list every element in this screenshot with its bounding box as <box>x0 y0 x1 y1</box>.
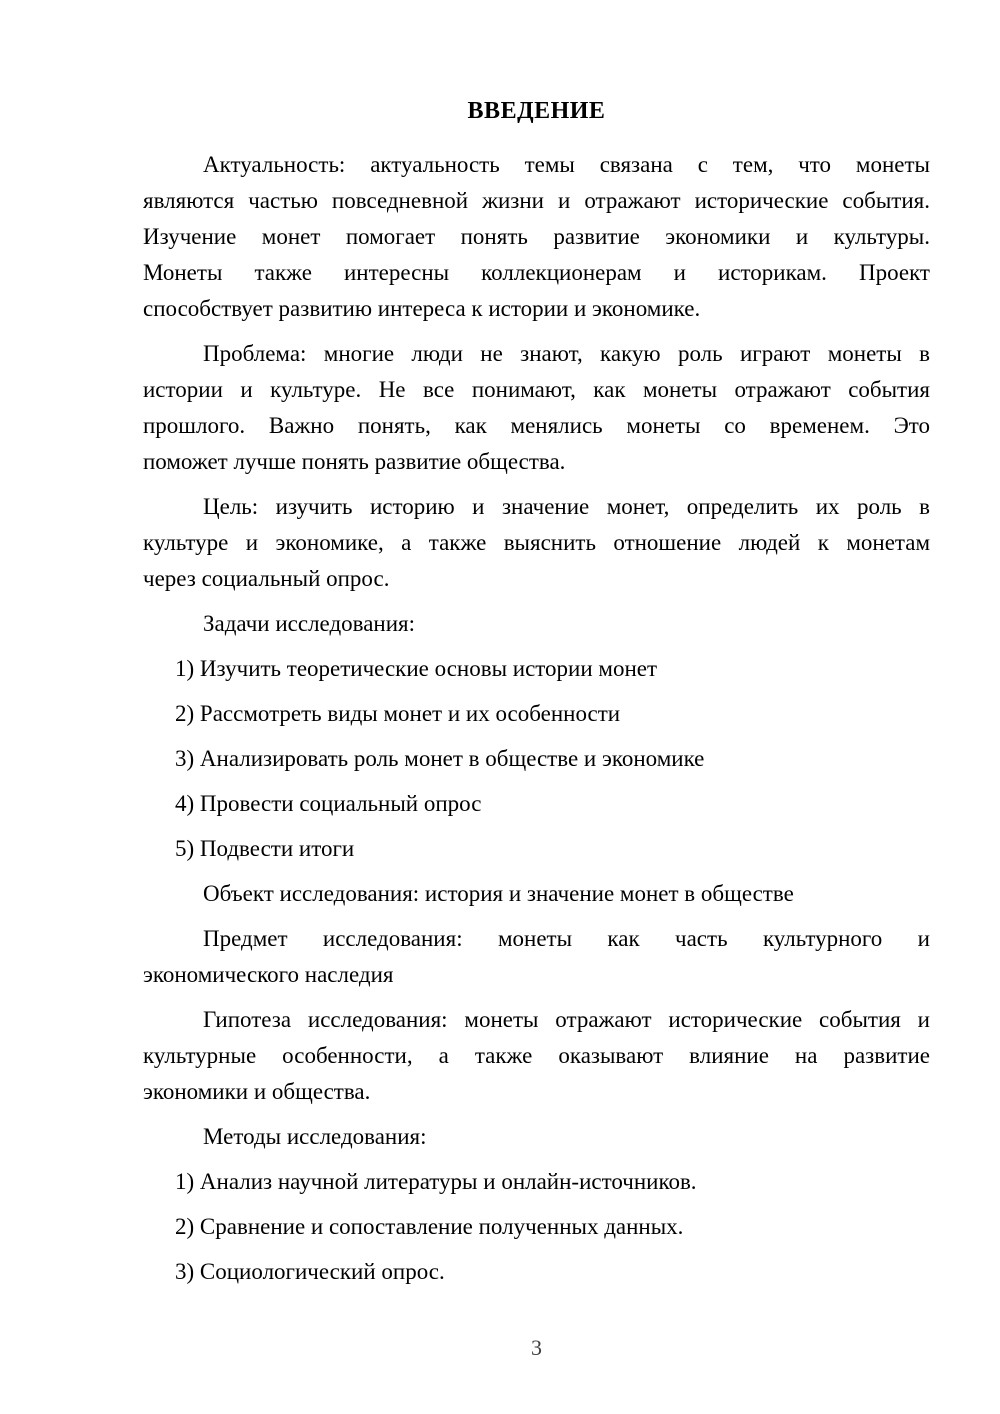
text-line: прошлого. Важно понять, как менялись мон… <box>143 408 930 444</box>
paragraph-problem: Проблема: многие люди не знают, какую ро… <box>143 336 930 480</box>
document-page: ВВЕДЕНИЕ Актуальность: актуальность темы… <box>0 0 1000 1414</box>
paragraph-hypothesis: Гипотеза исследования: монеты отражают и… <box>143 1002 930 1110</box>
method-item: 2) Сравнение и сопоставление полученных … <box>175 1209 930 1245</box>
text-line: 2) Сравнение и сопоставление полученных … <box>175 1209 930 1245</box>
text-line: Цель: изучить историю и значение монет, … <box>143 489 930 525</box>
text-line: Задачи исследования: <box>143 606 930 642</box>
text-line: Предмет исследования: монеты как часть к… <box>143 921 930 957</box>
task-item: 4) Провести социальный опрос <box>175 786 930 822</box>
paragraph-goal: Цель: изучить историю и значение монет, … <box>143 489 930 597</box>
task-item: 2) Рассмотреть виды монет и их особеннос… <box>175 696 930 732</box>
methods-heading: Методы исследования: <box>143 1119 930 1155</box>
text-line: являются частью повседневной жизни и отр… <box>143 183 930 219</box>
paragraph-actuality: Актуальность: актуальность темы связана … <box>143 147 930 327</box>
text-line: культурные особенности, а также оказываю… <box>143 1038 930 1074</box>
method-item: 3) Социологический опрос. <box>175 1254 930 1290</box>
paragraph-subject: Предмет исследования: монеты как часть к… <box>143 921 930 993</box>
text-line: 4) Провести социальный опрос <box>175 786 930 822</box>
text-line: 1) Анализ научной литературы и онлайн-ис… <box>175 1164 930 1200</box>
method-item: 1) Анализ научной литературы и онлайн-ис… <box>175 1164 930 1200</box>
text-line: Гипотеза исследования: монеты отражают и… <box>143 1002 930 1038</box>
task-item: 1) Изучить теоретические основы истории … <box>175 651 930 687</box>
text-line: 3) Социологический опрос. <box>175 1254 930 1290</box>
task-item: 3) Анализировать роль монет в обществе и… <box>175 741 930 777</box>
paragraph-object: Объект исследования: история и значение … <box>143 876 930 912</box>
text-line: 5) Подвести итоги <box>175 831 930 867</box>
text-line: Изучение монет помогает понять развитие … <box>143 219 930 255</box>
text-line: экономического наследия <box>143 957 930 993</box>
text-line: культуре и экономике, а также выяснить о… <box>143 525 930 561</box>
page-title: ВВЕДЕНИЕ <box>143 93 930 129</box>
text-line: Проблема: многие люди не знают, какую ро… <box>143 336 930 372</box>
text-line: Объект исследования: история и значение … <box>143 876 930 912</box>
text-line: поможет лучше понять развитие общества. <box>143 444 930 480</box>
text-line: экономики и общества. <box>143 1074 930 1110</box>
tasks-heading: Задачи исследования: <box>143 606 930 642</box>
text-line: 3) Анализировать роль монет в обществе и… <box>175 741 930 777</box>
text-line: Монеты также интересны коллекционерам и … <box>143 255 930 291</box>
task-item: 5) Подвести итоги <box>175 831 930 867</box>
text-line: истории и культуре. Не все понимают, как… <box>143 372 930 408</box>
text-line: Актуальность: актуальность темы связана … <box>143 147 930 183</box>
text-line: 2) Рассмотреть виды монет и их особеннос… <box>175 696 930 732</box>
text-line: через социальный опрос. <box>143 561 930 597</box>
page-number: 3 <box>143 1330 930 1366</box>
text-line: Методы исследования: <box>143 1119 930 1155</box>
text-line: 1) Изучить теоретические основы истории … <box>175 651 930 687</box>
text-line: способствует развитию интереса к истории… <box>143 291 930 327</box>
